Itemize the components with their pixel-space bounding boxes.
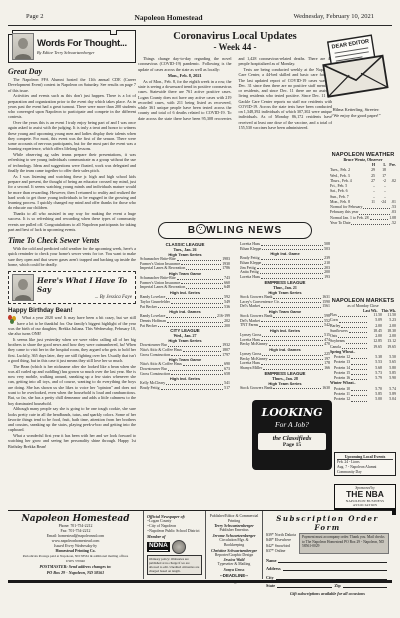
page-header: Page 2 Napoleon Homestead Wednesday, Feb…: [26, 13, 374, 22]
dotted-leader: [177, 260, 221, 261]
covid-headline-line1: Coronavirus Local Updates: [138, 31, 332, 43]
dotted-leader: [351, 395, 367, 396]
dotted-leader: [269, 359, 324, 360]
row-value: 1630: [322, 386, 330, 391]
market-row: Protein 125.005.04: [330, 397, 396, 402]
ad-line2: For A Job?: [252, 420, 332, 429]
paragraph: While observing ag sales teams prepare t…: [8, 152, 136, 173]
issue-date: Wednesday, February 10, 2021: [294, 13, 374, 22]
this-week-price: 5.90: [382, 376, 396, 381]
postmaster-line2: PO Box 29 - Napoleon, ND 58561: [11, 570, 140, 575]
field-blank-line: [278, 558, 387, 563]
markets-table: Flax11.5011.50Corn5.095.23Barley2.002.00…: [330, 313, 396, 403]
dotted-leader: [186, 269, 221, 270]
staff-name: Christine Schwartzenberger: [209, 548, 259, 553]
dotted-leader: [351, 364, 367, 365]
staff-section: Publisher/Editor & Commercial PrintingTe…: [205, 511, 262, 579]
payment-note: Payment must accompany order. Thank you.…: [299, 533, 389, 554]
dotted-leader: [262, 264, 323, 265]
form-field-row: City: [266, 575, 389, 580]
dotted-leader: [273, 317, 323, 318]
paragraph: Activities and events such as this don't…: [8, 93, 136, 119]
dotted-leader: [351, 224, 390, 225]
official-newspaper-section: Official Newspaper of: ~Logan County~Cit…: [143, 511, 205, 579]
covid-headline: Coronavirus Local Updates - Week 44 -: [138, 31, 332, 52]
covid-headline-line2: - Week 44 -: [138, 43, 332, 53]
weather-box: NAPOLEON WEATHER Bruce Wentz, Observer H…: [330, 152, 396, 226]
dotted-leader: [338, 337, 367, 338]
jessica-photo: [12, 274, 34, 301]
official-list: ~Logan County~City of Napoleon~Napoleon …: [147, 519, 202, 534]
masthead-name: Napoleon Homestead: [11, 514, 140, 524]
form-fields: NameAddressCityStateZip: [266, 558, 389, 589]
ad-panel: the Classifieds Page 15: [258, 433, 326, 450]
weather-summary: Normal for February.53February this year…: [330, 205, 396, 226]
dotted-leader: [181, 264, 221, 265]
bowling-news-banner: BWLING NEWS: [158, 222, 312, 239]
subscription-form: Subscription Order Form $39* North Dakot…: [262, 511, 392, 579]
dotted-leader: [183, 365, 223, 366]
dotted-leader: [261, 259, 324, 260]
row-value: 503: [324, 247, 330, 252]
dotted-leader: [261, 321, 323, 322]
subscription-footer: Gift subscriptions available for all occ…: [266, 591, 389, 596]
field-label: Zip: [334, 583, 340, 588]
dotted-leader: [351, 390, 367, 391]
dotted-leader: [262, 249, 323, 250]
envelope-icon: DEAR EDITOR: [316, 34, 396, 100]
staff-role: Publisher/Editor & Commercial Printing: [209, 514, 259, 523]
leader-row: Stock Growers Bank1630: [240, 386, 330, 391]
row-value: 658: [224, 372, 230, 377]
paragraph: Although many people say she is going to…: [8, 406, 136, 432]
dotted-leader: [186, 288, 223, 289]
covid-article-body: Things change day-to-day regarding the n…: [138, 56, 332, 218]
dotted-leader: [168, 370, 223, 371]
balloons-icon: [8, 315, 16, 323]
dotted-leader: [158, 326, 223, 327]
article-heading-great-day: Great Day: [8, 67, 136, 76]
ndna-logo: NDNA: [147, 542, 170, 552]
paragraph: It seems like just yesterday when we wer…: [8, 337, 136, 363]
field-label: Address: [266, 566, 281, 571]
events-list: Feb. 24 - LionsAug. 7 - Napoleon AlumniC…: [337, 460, 393, 474]
dotted-leader: [171, 374, 223, 375]
row-value: 200: [224, 324, 230, 329]
dotted-leader: [341, 327, 367, 328]
row-label: Gross Construction: [140, 372, 170, 377]
dotted-leader: [261, 340, 323, 341]
dotted-leader: [181, 283, 223, 284]
page-number: Page 2: [26, 13, 44, 22]
obituary-policy: Obituary policy: Obituaries are publishe…: [147, 555, 202, 575]
leader-row: Year To Date.52: [330, 221, 396, 226]
row-value: 193: [324, 275, 330, 280]
last-week-price: 19.65: [368, 345, 382, 350]
row-label: Ethan Kleppe: [240, 247, 261, 252]
covid-dateline: Mon., Feb. 8, 2021: [138, 73, 232, 78]
dotted-leader: [261, 245, 323, 246]
editor-photo: [12, 33, 34, 60]
bottom-rule: [8, 580, 392, 583]
market-group-rows: Protein 105.705.74Protein 115.855.89Prot…: [330, 387, 396, 403]
dotted-leader: [262, 336, 323, 337]
dotted-leader: [261, 307, 321, 308]
staff-role: Circulation Mgr. & Bookkeeping: [209, 538, 259, 547]
last-week-price: 5.00: [368, 397, 382, 402]
dotted-leader: [346, 343, 367, 344]
this-week-price: 19.65: [382, 345, 396, 350]
jessica-column-box: Here's What I Have To Say ... By Jessica…: [8, 271, 136, 304]
form-field-row: StateZip: [266, 583, 389, 588]
paragraph: What a wonderful first year it has been …: [8, 433, 136, 449]
row-label: Year To Date: [330, 221, 350, 226]
deadline-line: --DEADLINE--: [209, 573, 259, 578]
nba-name: THE NBA: [335, 490, 395, 499]
row-label: Brady Fettig: [140, 386, 160, 391]
postmaster-line1: POSTMASTER: Send address changes to:: [11, 564, 140, 569]
dotted-leader: [339, 322, 367, 323]
field-blank-line: [343, 583, 387, 588]
field-label: Name: [266, 558, 276, 563]
newspaper-title: Napoleon Homestead: [134, 13, 202, 22]
weather-table: HLPre.Tues., Feb. 22918Wed., Feb. 32517T…: [330, 163, 396, 205]
dotted-leader: [171, 355, 221, 356]
article-heading-birthday: Happy Birthday Bean!: [8, 307, 136, 314]
dotted-leader: [183, 351, 221, 352]
dotted-leader: [166, 317, 216, 318]
dotted-leader: [359, 214, 390, 215]
dotted-leader: [281, 302, 322, 303]
bowling-ball-icon: [196, 224, 206, 234]
jessica-column-byline: ... By Jessica Faye: [37, 295, 132, 300]
dotted-leader: [261, 364, 323, 365]
row-value: .52: [391, 221, 396, 226]
dotted-leader: [167, 322, 223, 323]
bowling-results: CLASSIC LEAGUETues., Jan. 26High Team Se…: [140, 242, 330, 394]
last-week-price: 5.79: [368, 376, 382, 381]
dotted-leader: [166, 298, 223, 299]
events-box: Upcoming Local Events Feb. 24 - LionsAug…: [334, 452, 396, 476]
field-blank-line: [283, 566, 387, 571]
article-heading-sewer-vents: Time To Check Sewer Vents: [8, 236, 136, 245]
paragraph: The Napoleon FFA Alumni hosted the 11th …: [8, 77, 136, 93]
weather-observer: Bruce Wentz, Observer: [330, 158, 396, 162]
field-label: State: [266, 583, 275, 588]
dotted-leader: [177, 279, 223, 280]
ad-line4: Page 15: [258, 442, 326, 448]
row-value: 1797: [222, 353, 230, 358]
dotted-leader: [263, 369, 323, 370]
jessica-column-title: Here's What I Have To Say: [37, 276, 132, 294]
dotted-leader: [370, 219, 389, 220]
dotted-leader: [273, 298, 321, 299]
row-label: Del's Market: [240, 304, 260, 309]
list-line: $37* Online: [266, 549, 296, 554]
column-title: Words For Thought...: [37, 38, 127, 49]
price-list: $39* North Dakota$48* Elsewhere$42* Snow…: [266, 533, 296, 554]
row-label: Pat Becker: [140, 324, 157, 329]
dotted-leader: [351, 379, 367, 380]
weather-cell: 11: [366, 200, 375, 205]
field-label: City: [266, 575, 274, 580]
dotted-leader: [171, 303, 223, 304]
row-label: Pat Becker: [140, 305, 157, 310]
dotted-leader: [166, 384, 223, 385]
dotted-leader: [363, 208, 390, 209]
row-label: Becky McKinney: [240, 342, 268, 347]
markets-subtitle: as of Monday Close: [330, 304, 396, 308]
dotted-leader: [168, 346, 221, 347]
bowling-title-b: B: [188, 225, 196, 236]
dotted-leader: [259, 326, 323, 327]
dotted-leader: [273, 388, 321, 389]
dear-editor-caption: Hilma Ketterling, Streeter: “We enjoy th…: [316, 107, 396, 118]
field-blank-line: [277, 583, 332, 588]
row-label: Shanya Miller: [240, 366, 262, 371]
dotted-leader: [269, 345, 324, 346]
bowling-title-rest: WLING NEWS: [206, 225, 282, 236]
dotted-leader: [260, 273, 323, 274]
row-label: Gross Construction: [140, 353, 170, 358]
staff-name: Sonya Gross: [209, 567, 259, 572]
masthead-info: Napoleon Homestead Phone: 701-754-2212Fa…: [8, 511, 143, 579]
nba-org: Napoleon Business Association: [335, 499, 395, 507]
market-group-rows: Protein 125.385.50Protein 135.535.65Prot…: [330, 355, 396, 381]
dotted-leader: [342, 348, 367, 349]
usps-line: USPS 370940: [11, 559, 140, 563]
markets-box: NAPOLEON MARKETS as of Monday Close Last…: [330, 298, 396, 403]
row-value: 1786: [222, 266, 230, 271]
dotted-leader: [338, 316, 367, 317]
dotted-leader: [351, 358, 367, 359]
weather-cell: -24: [375, 200, 386, 205]
list-line: Community Day: [337, 470, 393, 475]
leader-row: Brady Fettig517: [140, 386, 230, 391]
paragraph: What a year 2020 was! It may have been a…: [8, 315, 136, 336]
dotted-leader: [161, 389, 224, 390]
letter-quote: “We enjoy the good paper!”: [316, 113, 396, 119]
dotted-leader: [262, 355, 323, 356]
paragraph: Over the years this is an event I truly …: [8, 120, 136, 152]
classifieds-ad: LOOKING For A Job? the Classifieds Page …: [252, 400, 332, 470]
article-sewer-vents: With the cold and predicted cold weather…: [8, 246, 136, 267]
association-seal-icon: [172, 540, 186, 554]
paragraph: As I was listening and watching these jr…: [8, 174, 136, 211]
article-birthday: What a year 2020 was! It may have been a…: [8, 315, 136, 449]
row-value: 517: [224, 386, 230, 391]
this-week-price: 5.04: [382, 397, 396, 402]
article-great-day: The Napoleon FFA Alumni hosted the 11th …: [8, 77, 136, 232]
dotted-leader: [261, 278, 323, 279]
row-label: Loretta Haas: [240, 275, 260, 280]
subscription-title: Subscription Order Form: [266, 514, 389, 532]
dotted-leader: [351, 401, 367, 402]
ad-line1: LOOKING: [252, 406, 332, 419]
dotted-leader: [351, 369, 367, 370]
row-value: 648: [224, 285, 230, 290]
paragraph: The Bean (which is her nickname after sh…: [8, 364, 136, 406]
row-label: Stock Growers Bank: [240, 386, 272, 391]
masthead-contact: Phone: 701-754-2212Fax: 701-754-2212Emai…: [11, 524, 140, 544]
form-field-row: Name: [266, 558, 389, 563]
dear-editor-graphic: DEAR EDITOR Hilma Ketterling, Streeter: …: [316, 34, 396, 118]
row-value: 536: [224, 305, 230, 310]
words-for-thought-box: Words For Thought... By Editor Terry Sch…: [8, 30, 136, 63]
paragraph: With the cold and predicted cold weather…: [8, 246, 136, 267]
paragraph: Things change day-to-day regarding the n…: [138, 56, 232, 72]
row-value: 1561: [322, 304, 330, 309]
dotted-leader: [349, 332, 367, 333]
column-byline: By Editor Terry Schwartzenberger: [37, 50, 127, 55]
dotted-leader: [351, 374, 367, 375]
dotted-leader: [257, 268, 323, 269]
left-column: Words For Thought... By Editor Terry Sch…: [8, 30, 136, 508]
row-label: TNT Farms: [240, 323, 258, 328]
masthead-band: Napoleon Homestead Phone: 701-754-2212Fa…: [8, 510, 392, 579]
dotted-leader: [158, 307, 223, 308]
header-rule: [8, 25, 392, 26]
field-blank-line: [276, 575, 387, 580]
ad-line3: the Classifieds: [258, 435, 326, 442]
newspaper-page: { "colors": {"paper": "#f3f1ea", "ink": …: [0, 0, 400, 618]
commodity: Protein 12: [334, 397, 350, 402]
member-of: Member of: [147, 534, 202, 539]
form-field-row: Address: [266, 566, 389, 571]
paragraph: Thanks to all who assisted in any way fo…: [8, 211, 136, 232]
